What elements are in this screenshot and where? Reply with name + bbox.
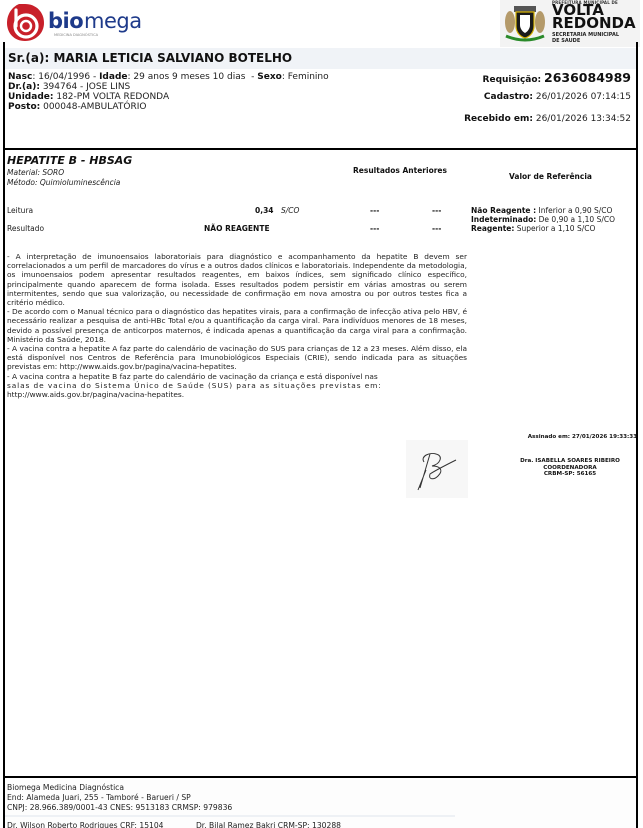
note-paragraph: http://www.aids.gov.br/pagina/vacina-hep…: [7, 390, 467, 399]
reference-item: Indeterminado: De 0,90 a 1,10 S/CO: [471, 215, 636, 224]
patient-header: Sr.(a): MARIA LETICIA SALVIANO BOTELHO: [5, 48, 636, 69]
biomega-logo: bio mega MEDICINA DIAGNÓSTICA: [6, 2, 146, 42]
note-paragraph: - A vacina contra a hepatite B faz parte…: [7, 372, 467, 381]
biomega-logo-icon: bio mega MEDICINA DIAGNÓSTICA: [6, 2, 146, 42]
footer-doctor: Dr. Wilson Roberto Rodrigues CRF: 15104: [7, 821, 164, 828]
result-row-value: 0,34: [255, 206, 274, 215]
signer-name: Dra. ISABELLA SOARES RIBEIRO: [510, 458, 630, 465]
footer-separator: [5, 815, 455, 817]
reference-values: Não Reagente : Inferior a 0,90 S/CO Inde…: [471, 206, 636, 233]
note-paragraph: salas de vacina do Sistema Único de Saúd…: [7, 381, 467, 390]
footer-doctors: Dr. Wilson Roberto Rodrigues CRF: 15104 …: [7, 821, 341, 828]
patient-name: Sr.(a): MARIA LETICIA SALVIANO BOTELHO: [8, 51, 292, 65]
result-row-label: Resultado: [7, 224, 44, 233]
section-divider: [3, 148, 638, 150]
previous-result-1: ---: [370, 224, 379, 233]
previous-result-2: ---: [432, 206, 441, 215]
request-number: Requisição: 2636084989: [464, 70, 631, 82]
patient-info: Nasc: 16/04/1996 - Idade: 29 anos 9 mese…: [8, 72, 329, 112]
footer-address: End: Alameda Juari, 255 - Tamboré - Baru…: [7, 793, 232, 803]
note-paragraph: - A interpretação de imunoensaios labora…: [7, 252, 467, 307]
signed-at: Assinado em: 27/01/2026 19:33:33: [528, 434, 637, 440]
patient-post: Posto: 000048-AMBULATÓRIO: [8, 102, 329, 112]
note-paragraph: - De acordo com o Manual técnico para o …: [7, 307, 467, 344]
exam-material: Material: SORO: [7, 168, 120, 178]
previous-result-1: ---: [370, 206, 379, 215]
footer-company: Biomega Medicina Diagnóstica: [7, 783, 232, 793]
footer-divider: [3, 776, 638, 778]
frame-left-border: [3, 42, 5, 828]
svg-text:mega: mega: [84, 9, 142, 33]
exam-meta: Material: SORO Método: Quimioluminescênc…: [7, 168, 120, 188]
signature-icon: [406, 440, 468, 498]
city-logo-secretaria: SECRETARIA MUNICIPAL DE SAUDE: [552, 32, 619, 44]
city-logo-line2: REDONDA: [552, 16, 636, 31]
previous-result-2: ---: [432, 224, 441, 233]
result-row-label: Leitura: [7, 206, 33, 215]
request-cadastro: Cadastro: 26/01/2026 07:14:15: [464, 92, 631, 104]
footer-doctor: Dr. Bilal Ramez Bakri CRM-SP: 130288: [196, 821, 341, 828]
volta-redonda-logo: PREFEITURA MUNICIPAL DE VOLTA REDONDA SE…: [500, 0, 640, 47]
exam-notes: - A interpretação de imunoensaios labora…: [7, 252, 467, 399]
signer-registry: CRBM-SP: 56165: [510, 471, 630, 478]
reference-value-header: Valor de Referência: [509, 172, 592, 181]
note-paragraph: - A vacina contra a hepatite A faz parte…: [7, 344, 467, 372]
request-info: Requisição: 2636084989 Cadastro: 26/01/2…: [464, 70, 631, 126]
patient-unit: Unidade: 182-PM VOLTA REDONDA: [8, 92, 329, 102]
reference-item: Reagente: Superior a 1,10 S/CO: [471, 224, 636, 233]
exam-title: HEPATITE B - HBSAG: [7, 154, 132, 167]
city-crest-icon: [502, 2, 548, 44]
signer-info: Dra. ISABELLA SOARES RIBEIRO COORDENADOR…: [510, 458, 630, 478]
patient-doctor: Dr.(a): 394764 - JOSE LINS: [8, 82, 329, 92]
result-row-value: NÃO REAGENTE: [204, 224, 270, 233]
svg-text:bio: bio: [48, 9, 83, 33]
footer-company-info: Biomega Medicina Diagnóstica End: Alamed…: [7, 783, 232, 813]
footer-ids: CNPJ: 28.966.389/0001-43 CNES: 9513183 C…: [7, 803, 232, 813]
patient-birth-age-sex: Nasc: 16/04/1996 - Idade: 29 anos 9 mese…: [8, 72, 329, 82]
reference-item: Não Reagente : Inferior a 0,90 S/CO: [471, 206, 636, 215]
request-recebido: Recebido em: 26/01/2026 13:34:52: [464, 114, 631, 126]
exam-method: Método: Quimioluminescência: [7, 178, 120, 188]
result-row-unit: S/CO: [281, 206, 299, 215]
lab-report-page: bio mega MEDICINA DIAGNÓSTICA PREFEITURA…: [0, 0, 643, 828]
signature-image: [406, 440, 468, 498]
previous-results-header: Resultados Anteriores: [353, 166, 447, 175]
biomega-tagline: MEDICINA DIAGNÓSTICA: [54, 32, 99, 37]
